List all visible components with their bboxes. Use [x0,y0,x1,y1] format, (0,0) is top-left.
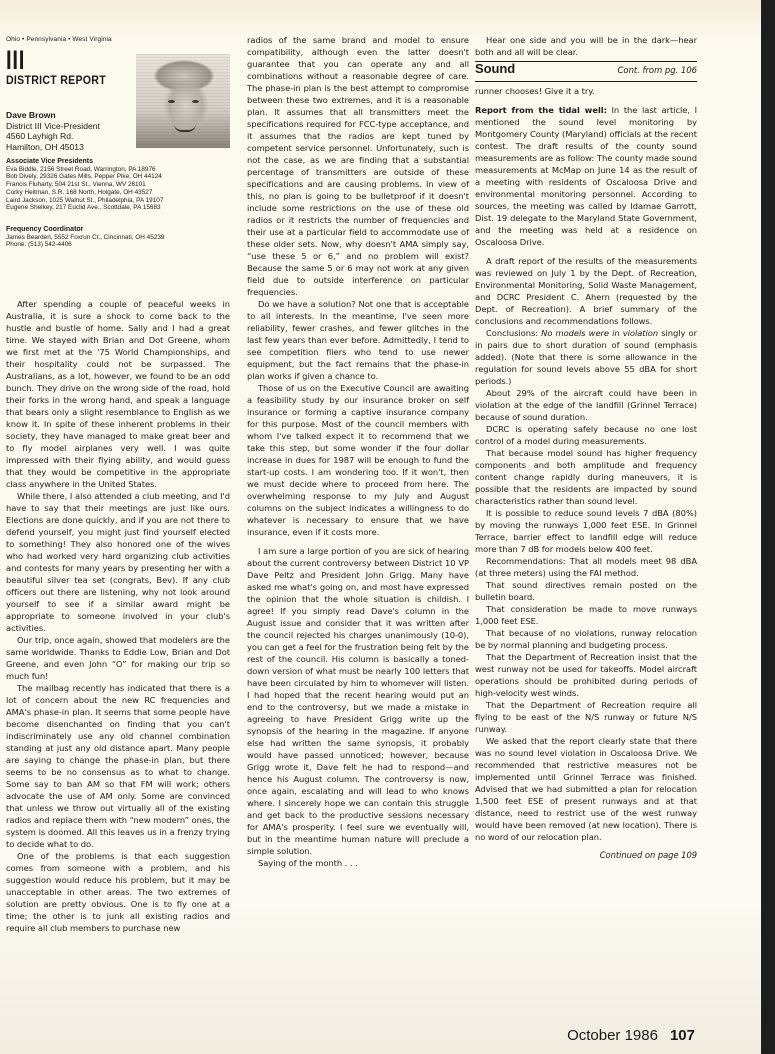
report-body: In the last article, I mentioned the sou… [475,105,697,247]
page-number: 107 [670,1027,695,1044]
saying-of-month-intro: Saying of the month . . . [247,857,469,869]
report-lead: Report from the tidal well: [475,105,607,115]
column-1-text: After spending a couple of peaceful week… [6,298,230,934]
author-address-line2: Hamilton, OH 45013 [6,142,100,153]
paragraph: We asked that the report clearly state t… [475,735,697,843]
paragraph: While there, I also attended a club meet… [6,490,230,634]
issue-date: October 1986 [567,1027,658,1044]
column-3-text: Hear one side and you will be in the dar… [475,34,697,861]
paragraph: runner chooses! Give it a try. [475,85,697,97]
author-photo [136,54,230,148]
associate-vps: Associate Vice Presidents Eva Biddle, 21… [6,158,163,212]
sound-section-title: Sound [475,63,515,75]
report-paragraph: Report from the tidal well: In the last … [475,104,697,248]
column-2-text: radios of the same brand and model to en… [247,34,469,869]
associate-vp-entry: Bob Dively, 29326 Gates Mills, Pepper Pi… [6,173,163,181]
author-name: Dave Brown [6,110,100,121]
paragraph: That sound directives remain posted on t… [475,579,697,603]
associate-vp-entry: Laird Jackson, 1025 Walnut St., Philadel… [6,197,163,205]
author-title: District III Vice-President [6,121,100,132]
paragraph: Recommendations: That all models meet 98… [475,555,697,579]
district-number: III [6,47,25,73]
photo-mouth [174,124,196,132]
paragraph: Those of us on the Executive Council are… [247,382,469,538]
paragraph: That the Department of Recreation insist… [475,651,697,699]
photo-eye-left [168,100,175,103]
district-states: Ohio • Pennsylvania • West Virginia [6,36,112,43]
paragraph: Our trip, once again, showed that modele… [6,634,230,682]
paragraph: radios of the same brand and model to en… [247,34,469,298]
paragraph: It is possible to reduce sound levels 7 … [475,507,697,555]
associate-vp-entry: Francis Fluharty, 504 21st St., Vienna, … [6,181,163,189]
paragraph: One of the problems is that each suggest… [6,850,230,934]
sound-section-header: Sound Cont. from pg. 106 [475,61,697,82]
associate-vp-entry: Eugene Shelkey, 217 Euclid Ave., Scottda… [6,204,163,212]
page-footer: October 1986107 [545,1027,695,1044]
paragraph: DCRC is operating safely because no one … [475,423,697,447]
paragraph: The mailbag recently has indicated that … [6,682,230,850]
paragraph: A draft report of the results of the mea… [475,255,697,327]
author-block: Dave Brown District III Vice-President 4… [6,110,100,152]
associate-vp-entry: Corky Heitman, S.R. 168 North, Holgate, … [6,189,163,197]
paragraph: Do we have a solution? Not one that is a… [247,298,469,382]
saying-of-month: Hear one side and you will be in the dar… [475,34,697,58]
conclusions-emphasis: No models were in violation [541,328,658,338]
paragraph: That consideration be made to move runwa… [475,603,697,627]
frequency-coordinator-phone: Phone: (513) 542-4406 [6,241,164,249]
conclusions-lead: Conclusions: [486,328,541,338]
paragraph: That the Department of Recreation requir… [475,699,697,735]
continued-from-link[interactable]: Cont. from pg. 106 [618,65,697,77]
author-address-line1: 4560 Layhigh Rd. [6,131,100,142]
paragraph: That because of no violations, runway re… [475,627,697,651]
frequency-coordinator-heading: Frequency Coordinator [6,226,164,234]
conclusions-paragraph: Conclusions: No models were in violation… [475,327,697,387]
paragraph: That because model sound has higher freq… [475,447,697,507]
paragraph: About 29% of the aircraft could have bee… [475,387,697,423]
associate-vps-heading: Associate Vice Presidents [6,158,163,166]
frequency-coordinator-address: James Bearden, 5552 Foxrun Ct., Cincinna… [6,234,164,242]
continued-on-link[interactable]: Continued on page 109 [475,849,697,861]
frequency-coordinator: Frequency Coordinator James Bearden, 555… [6,226,164,249]
scan-binding-edge [761,0,775,1054]
associate-vp-entry: Eva Biddle, 2156 Street Road, Warrington… [6,166,163,174]
section-title: DISTRICT REPORT [6,75,106,87]
paragraph: After spending a couple of peaceful week… [6,298,230,490]
photo-eye-right [192,100,199,103]
paragraph: I am sure a large portion of you are sic… [247,545,469,857]
magazine-page: Ohio • Pennsylvania • West Virginia III … [0,0,761,1054]
